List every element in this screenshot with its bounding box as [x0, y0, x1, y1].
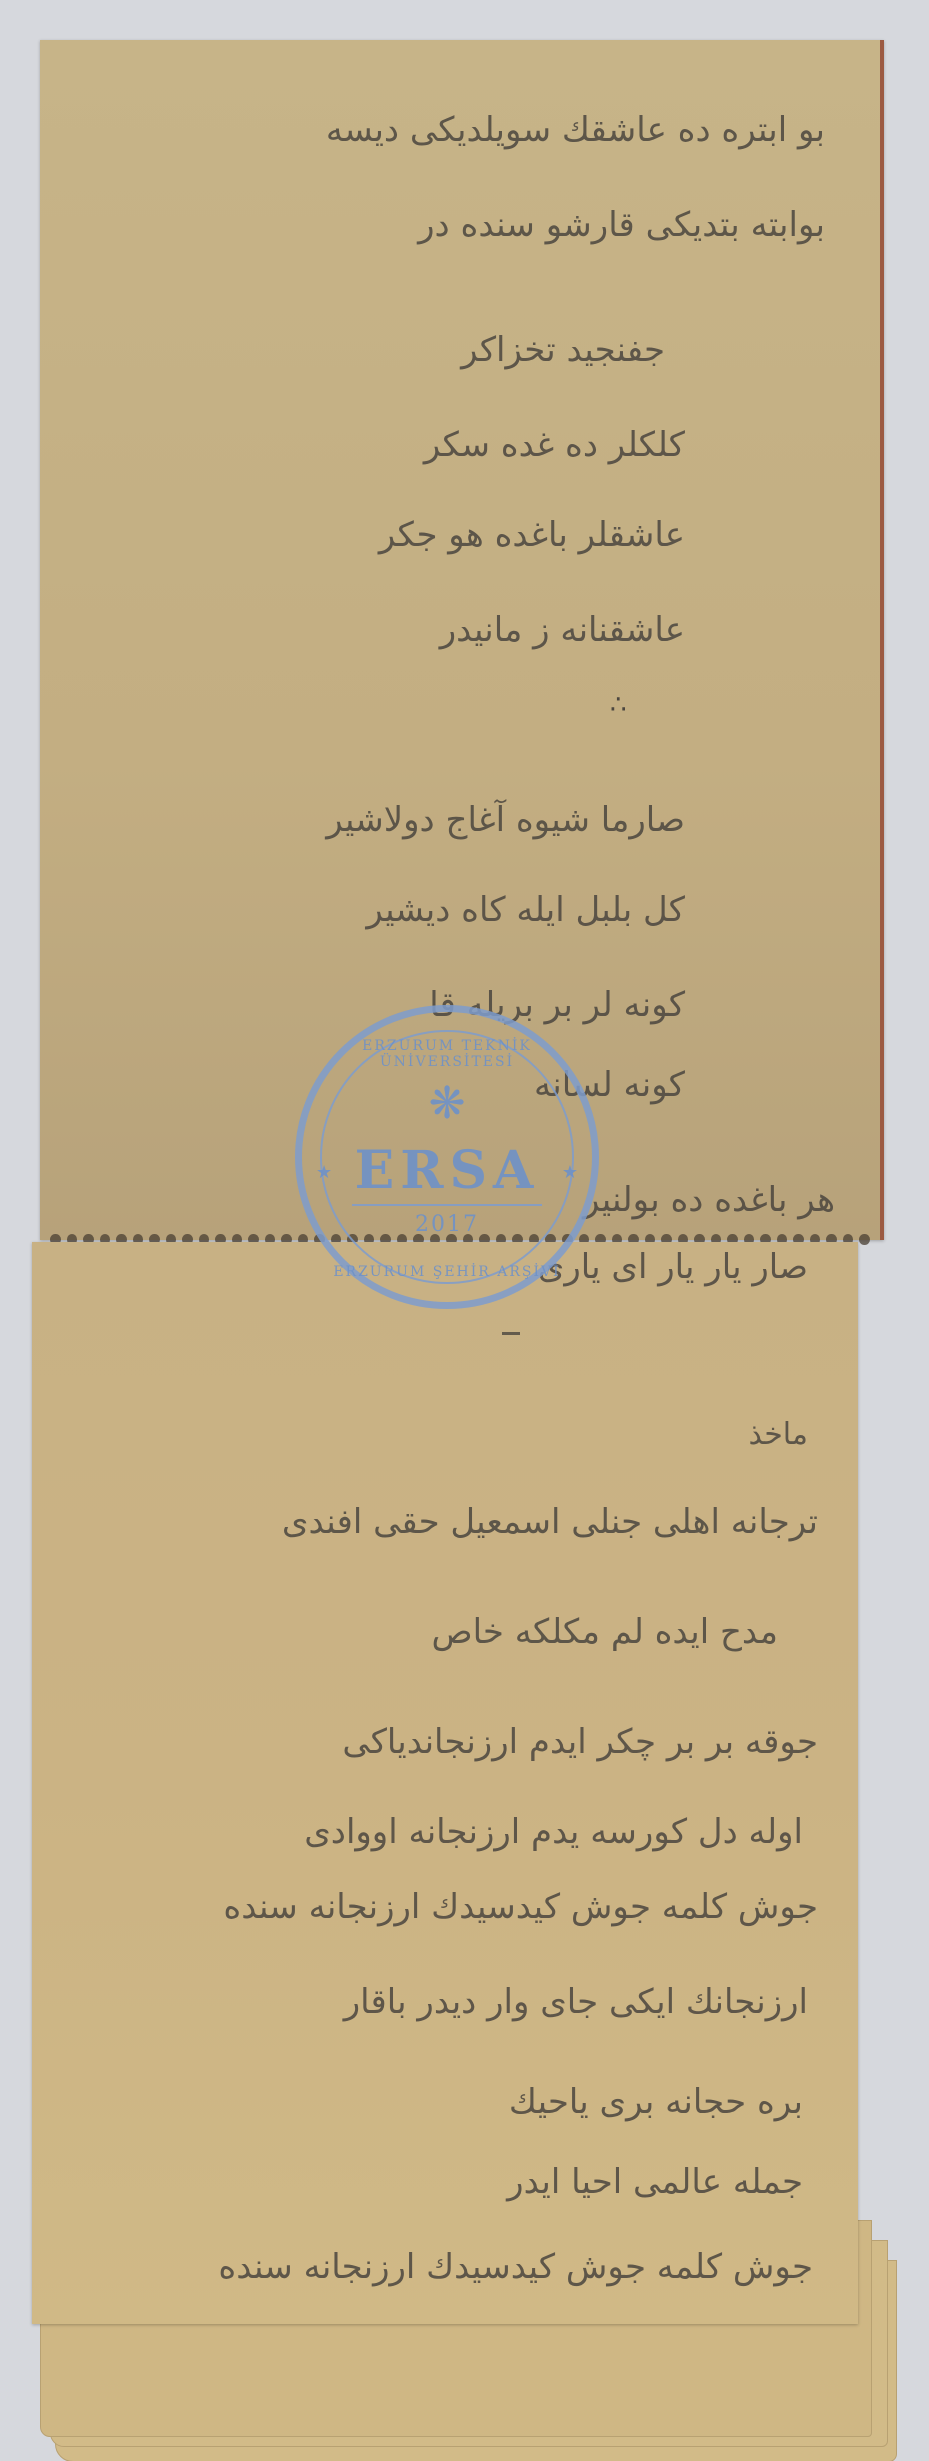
snowflake-emblem-icon: ❋	[302, 1082, 592, 1126]
handwritten-line: مدح ایده لم مکلکه خاص	[431, 1612, 778, 1652]
handwritten-line: هر باغده ده بولنیر	[583, 1180, 835, 1220]
section-heading: ماخذ	[748, 1417, 808, 1452]
dash-mark	[502, 1332, 520, 1335]
handwritten-line: بره حجانه بری یاحیك	[509, 2082, 803, 2122]
handwritten-line: جوش کلمه جوش کیدسیدك ارزنجانه سنده	[223, 1887, 818, 1927]
handwritten-line: جوقه بر بر چکر ایدم ارزنجاندیاکی	[342, 1722, 818, 1762]
handwritten-line: صارما شیوه آغاج دولاشیر	[326, 800, 685, 840]
stamp-divider	[352, 1204, 542, 1206]
handwritten-line: بو ابتره ده عاشقك سویلدیکی دیسه	[326, 110, 825, 150]
handwritten-line: جوش کلمه جوش کیدسیدك ارزنجانه سنده	[218, 2247, 813, 2287]
stamp-top-text: ERZURUM TEKNİK ÜNİVERSİTESİ	[302, 1038, 592, 1070]
handwritten-line: عاشقلر باغده هو جکر	[379, 515, 685, 555]
handwritten-line: بوابته بتدیکی قارشو سنده در	[418, 205, 825, 245]
archive-stamp: ERZURUM TEKNİK ÜNİVERSİTESİ ❋ ★ ERSA ★ 2…	[295, 1005, 599, 1309]
ornament-mark: ∴	[610, 690, 631, 720]
handwritten-line: جمله عالمی احیا ایدر	[507, 2162, 803, 2202]
handwritten-line: عاشقنانه ز مانیدر	[440, 610, 685, 650]
handwritten-line: جفنجید تخزاکر	[461, 330, 665, 370]
stamp-bottom-text: ERZURUM ŞEHİR ARŞİVİ	[302, 1264, 592, 1280]
handwritten-line: ترجانه اهلی جنلی اسمعیل حقی افندی	[282, 1502, 818, 1542]
notebook-bottom-page: صار یار یار ای یاری ماخذ ترجانه اهلی جنل…	[32, 1242, 858, 2324]
handwritten-line: کلکلر ده غده سکر	[424, 425, 685, 465]
handwritten-line: اوله دل کورسه یدم ارزنجانه اووادی	[304, 1812, 803, 1852]
star-icon: ★	[562, 1162, 578, 1183]
stamp-title: ERSA	[302, 1140, 592, 1201]
handwritten-line: کل بلبل ایله کاه دیشیر	[366, 890, 685, 930]
stamp-year: 2017	[302, 1212, 592, 1237]
handwritten-line: ارزنجانك ایکی جای وار دیدر باقار	[344, 1982, 808, 2022]
